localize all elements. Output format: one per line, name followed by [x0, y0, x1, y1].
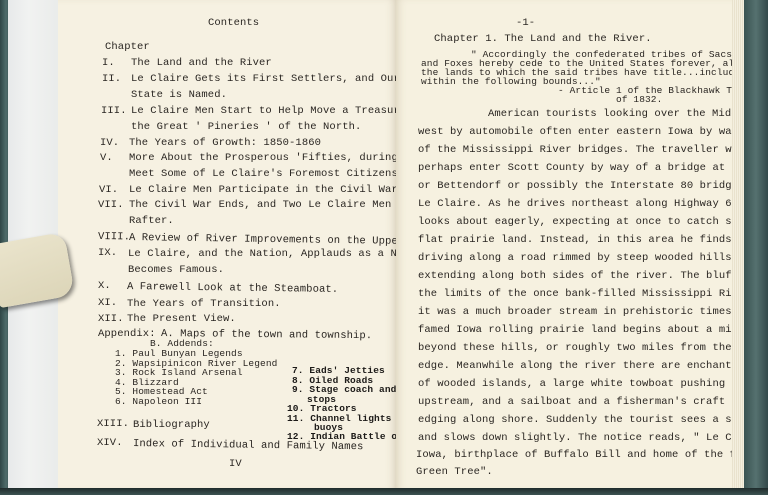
toc-num: I. — [102, 57, 115, 69]
body-line: Green Tree". — [416, 466, 493, 478]
toc-num: II. — [102, 73, 121, 85]
body-line: or Bettendorf or possibly the Interstate… — [418, 180, 757, 192]
toc-num: VII. — [98, 199, 124, 211]
toc-entry: A Farewell Look at the Steamboat. — [127, 281, 338, 296]
body-line: famed Iowa rolling prairie land begins a… — [418, 324, 768, 336]
body-line: beyond these hills, or roughly two miles… — [418, 342, 768, 354]
toc-entry: The Years of Transition. — [127, 298, 281, 310]
body-line: and slows down slightly. The notice read… — [418, 432, 768, 444]
chapter-heading: Chapter — [105, 41, 150, 53]
toc-entry-cont: the Great ' Pineries ' of the North. — [131, 121, 361, 133]
body-line: of wooded islands, a large white towboat… — [418, 378, 768, 390]
toc-entry: The Land and the River — [131, 57, 272, 69]
body-line: American tourists looking over the Middl… — [488, 108, 750, 120]
body-line: upstream, and a sailboat and a fisherman… — [418, 396, 768, 408]
toc-num: IX. — [98, 247, 117, 259]
toc-entry: Index of Individual and Family Names — [133, 438, 364, 453]
toc-num: XII. — [98, 313, 124, 325]
contents-title: Contents — [208, 17, 259, 29]
toc-num: XIII. — [97, 418, 129, 430]
toc-entry-cont: Rafter. — [129, 215, 174, 227]
chapter-title: Chapter 1. The Land and the River. — [434, 33, 652, 45]
body-line: west by automobile often enter eastern I… — [418, 126, 768, 138]
body-line: looks about eagerly, expecting at once t… — [418, 216, 768, 228]
toc-num: V. — [100, 152, 113, 164]
body-line: edging along shore. Suddenly the tourist… — [418, 414, 768, 426]
body-line: of the Mississippi River bridges. The tr… — [418, 144, 751, 156]
toc-num: X. — [98, 280, 111, 292]
body-line: Iowa, birthplace of Buffalo Bill and hom… — [416, 449, 768, 461]
toc-entry-cont: Meet Some of Le Claire's Foremost Citize… — [129, 168, 404, 180]
toc-entry-cont: Becomes Famous. — [128, 264, 224, 276]
toc-entry-cont: State is Named. — [131, 89, 227, 101]
body-line: edge. Meanwhile along the river there ar… — [418, 360, 768, 372]
toc-entry: The Years of Growth: 1850-1860 — [129, 137, 321, 149]
left-page-contents: Contents Chapter I. The Land and the Riv… — [58, 0, 396, 490]
toc-num: III. — [101, 105, 127, 117]
page-number-left: IV — [229, 458, 242, 470]
toc-num: XIV. — [97, 437, 123, 449]
toc-num: VIII. — [98, 231, 130, 243]
body-line: flat prairie land. Instead, in this area… — [418, 234, 768, 246]
page-number-right: -1- — [516, 17, 535, 29]
appendix-label: Appendix: — [98, 328, 156, 340]
body-line: perhaps enter Scott County by way of a b… — [418, 162, 768, 174]
book-bottom-edge — [0, 488, 768, 495]
right-page-chapter-1: -1- Chapter 1. The Land and the River. "… — [396, 0, 734, 490]
body-line: the limits of the once bank-filled Missi… — [418, 288, 768, 300]
body-line: extending along both sides of the river.… — [418, 270, 768, 282]
toc-num: VI. — [99, 184, 118, 196]
body-line: Le Claire. As he drives northeast along … — [418, 198, 764, 210]
body-line: driving along a road rimmed by steep woo… — [418, 252, 768, 264]
toc-entry: Le Claire Men Participate in the Civil W… — [129, 184, 404, 196]
addendum-item: 6. Napoleon III — [115, 397, 202, 408]
toc-num: IV. — [100, 137, 119, 149]
toc-entry: The Present View. — [127, 313, 236, 325]
epigraph-attribution-cont: of 1832. — [616, 95, 662, 106]
book-cover-right — [744, 0, 768, 495]
toc-entry: Bibliography — [133, 419, 210, 431]
toc-num: XI. — [98, 297, 117, 309]
body-line: it was a much broader stream in prehisto… — [418, 306, 764, 318]
